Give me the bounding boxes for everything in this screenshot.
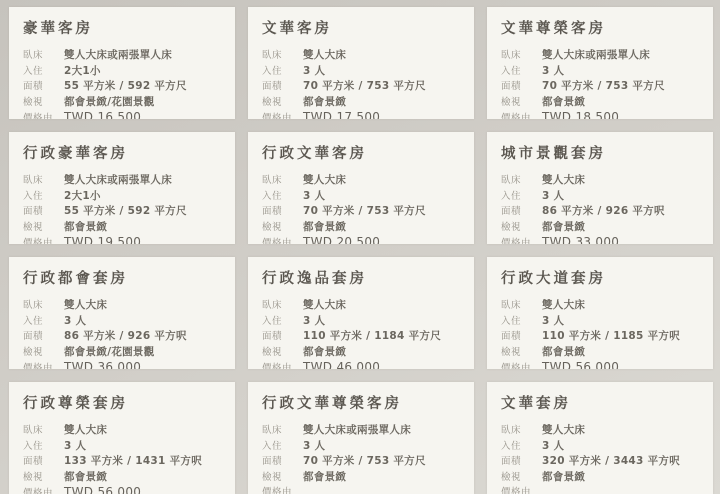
area-value: 320 平方米 / 3443 平方呎 [542, 454, 701, 470]
area-value: 55 平方米 / 592 平方尺 [64, 204, 223, 220]
area-label: 面積 [501, 204, 542, 220]
room-title: 行政文華客房 [262, 142, 462, 163]
view-row: 檢視 都會景緻 [501, 95, 701, 111]
area-label: 面積 [262, 204, 303, 220]
price-label: 價格由 [23, 111, 64, 119]
bed-value: 雙人大床或兩張單人床 [542, 48, 701, 64]
bed-value: 雙人大床 [64, 423, 223, 439]
view-label: 檢視 [262, 470, 303, 486]
occupancy-label: 入住 [23, 64, 64, 80]
area-label: 面積 [262, 79, 303, 95]
area-row: 面積 55 平方米 / 592 平方尺 [23, 204, 223, 220]
room-card[interactable]: 行政尊榮套房 臥床 雙人大床 入住 3 人 面積 133 平方米 / 1431 … [9, 382, 235, 494]
room-card[interactable]: 行政豪華客房 臥床 雙人大床或兩張單人床 入住 2大1小 面積 55 平方米 /… [9, 132, 235, 244]
price-row: 價格由 [262, 485, 462, 494]
view-row: 檢視 都會景緻/花園景觀 [23, 95, 223, 111]
price-row: 價格由 TWD 20,500 [262, 235, 462, 244]
occupancy-label: 入住 [501, 189, 542, 205]
bed-label: 臥床 [23, 173, 64, 189]
occupancy-label: 入住 [262, 189, 303, 205]
view-label: 檢視 [262, 95, 303, 111]
room-card[interactable]: 行政文華客房 臥床 雙人大床 入住 3 人 面積 70 平方米 / 753 平方… [248, 132, 474, 244]
room-card[interactable]: 文華套房 臥床 雙人大床 入住 3 人 面積 320 平方米 / 3443 平方… [487, 382, 713, 494]
bed-label: 臥床 [262, 423, 303, 439]
bed-value: 雙人大床 [303, 173, 462, 189]
view-label: 檢視 [501, 220, 542, 236]
occupancy-value: 3 人 [303, 314, 462, 330]
bed-label: 臥床 [501, 48, 542, 64]
occupancy-row: 入住 3 人 [501, 64, 701, 80]
occupancy-value: 3 人 [542, 189, 701, 205]
bed-value: 雙人大床 [542, 173, 701, 189]
price-value: TWD 33,000 [542, 235, 701, 244]
area-label: 面積 [23, 454, 64, 470]
view-row: 檢視 都會景緻/花園景觀 [23, 345, 223, 361]
price-label: 價格由 [262, 111, 303, 119]
price-value: TWD 19,500 [64, 235, 223, 244]
occupancy-row: 入住 3 人 [501, 189, 701, 205]
price-row: 價格由 TWD 16,500 [23, 110, 223, 119]
area-value: 86 平方米 / 926 平方呎 [64, 329, 223, 345]
view-label: 檢視 [262, 345, 303, 361]
view-value: 都會景緻 [542, 95, 701, 111]
view-label: 檢視 [501, 470, 542, 486]
bed-label: 臥床 [23, 298, 64, 314]
bed-value: 雙人大床 [303, 48, 462, 64]
price-label: 價格由 [262, 361, 303, 369]
area-value: 70 平方米 / 753 平方尺 [303, 204, 462, 220]
view-row: 檢視 都會景緻 [501, 470, 701, 486]
occupancy-value: 3 人 [64, 439, 223, 455]
occupancy-label: 入住 [501, 64, 542, 80]
room-title: 城市景觀套房 [501, 142, 701, 163]
view-value: 都會景緻/花園景觀 [64, 345, 223, 361]
occupancy-value: 3 人 [64, 314, 223, 330]
page-background: { "labels": { "bed": "臥床", "occupancy": … [0, 0, 720, 494]
bed-value: 雙人大床 [542, 423, 701, 439]
bed-label: 臥床 [501, 298, 542, 314]
view-value: 都會景緻 [303, 220, 462, 236]
occupancy-value: 3 人 [303, 64, 462, 80]
area-row: 面積 70 平方米 / 753 平方尺 [262, 454, 462, 470]
view-row: 檢視 都會景緻 [262, 470, 462, 486]
occupancy-row: 入住 3 人 [501, 314, 701, 330]
room-title: 行政都會套房 [23, 267, 223, 288]
view-label: 檢視 [23, 95, 64, 111]
room-title: 文華尊榮客房 [501, 17, 701, 38]
area-row: 面積 86 平方米 / 926 平方呎 [23, 329, 223, 345]
occupancy-label: 入住 [501, 439, 542, 455]
area-row: 面積 86 平方米 / 926 平方呎 [501, 204, 701, 220]
area-row: 面積 320 平方米 / 3443 平方呎 [501, 454, 701, 470]
room-card[interactable]: 行政逸品套房 臥床 雙人大床 入住 3 人 面積 110 平方米 / 1184 … [248, 257, 474, 369]
occupancy-label: 入住 [501, 314, 542, 330]
bed-row: 臥床 雙人大床或兩張單人床 [23, 173, 223, 189]
bed-row: 臥床 雙人大床 [501, 423, 701, 439]
price-value: TWD 20,500 [303, 235, 462, 244]
occupancy-value: 3 人 [303, 439, 462, 455]
area-label: 面積 [501, 454, 542, 470]
bed-row: 臥床 雙人大床 [501, 173, 701, 189]
area-row: 面積 110 平方米 / 1185 平方呎 [501, 329, 701, 345]
area-label: 面積 [23, 329, 64, 345]
price-row: 價格由 TWD 56,000 [501, 360, 701, 369]
price-label: 價格由 [262, 236, 303, 244]
bed-row: 臥床 雙人大床 [262, 173, 462, 189]
view-row: 檢視 都會景緻 [262, 345, 462, 361]
price-row: 價格由 TWD 19,500 [23, 235, 223, 244]
area-row: 面積 70 平方米 / 753 平方尺 [262, 79, 462, 95]
bed-row: 臥床 雙人大床 [262, 298, 462, 314]
area-label: 面積 [501, 79, 542, 95]
price-value: TWD 56,000 [542, 360, 701, 369]
room-title: 豪華客房 [23, 17, 223, 38]
occupancy-row: 入住 3 人 [262, 189, 462, 205]
price-value: TWD 36,000 [64, 360, 223, 369]
occupancy-row: 入住 3 人 [262, 314, 462, 330]
bed-value: 雙人大床 [303, 298, 462, 314]
area-label: 面積 [23, 79, 64, 95]
price-value: TWD 56,000 [64, 485, 223, 494]
room-card[interactable]: 城市景觀套房 臥床 雙人大床 入住 3 人 面積 86 平方米 / 926 平方… [487, 132, 713, 244]
area-label: 面積 [262, 454, 303, 470]
price-row: 價格由 TWD 56,000 [23, 485, 223, 494]
area-value: 133 平方米 / 1431 平方呎 [64, 454, 223, 470]
price-row: 價格由 [501, 485, 701, 494]
occupancy-label: 入住 [262, 439, 303, 455]
room-card[interactable]: 行政文華尊榮客房 臥床 雙人大床或兩張單人床 入住 3 人 面積 70 平方米 … [248, 382, 474, 494]
view-value: 都會景緻/花園景觀 [64, 95, 223, 111]
room-title: 文華客房 [262, 17, 462, 38]
occupancy-value: 2大1小 [64, 64, 223, 80]
room-card[interactable]: 行政大道套房 臥床 雙人大床 入住 3 人 面積 110 平方米 / 1185 … [487, 257, 713, 369]
bed-value: 雙人大床或兩張單人床 [64, 173, 223, 189]
bed-row: 臥床 雙人大床或兩張單人床 [262, 423, 462, 439]
bed-row: 臥床 雙人大床 [23, 423, 223, 439]
occupancy-value: 3 人 [303, 189, 462, 205]
view-label: 檢視 [23, 345, 64, 361]
view-row: 檢視 都會景緻 [262, 95, 462, 111]
view-label: 檢視 [23, 470, 64, 486]
bed-label: 臥床 [262, 298, 303, 314]
price-label: 價格由 [501, 361, 542, 369]
area-label: 面積 [262, 329, 303, 345]
view-value: 都會景緻 [64, 220, 223, 236]
occupancy-value: 3 人 [542, 439, 701, 455]
view-row: 檢視 都會景緻 [23, 220, 223, 236]
area-value: 110 平方米 / 1185 平方呎 [542, 329, 701, 345]
area-row: 面積 55 平方米 / 592 平方尺 [23, 79, 223, 95]
room-card[interactable]: 文華客房 臥床 雙人大床 入住 3 人 面積 70 平方米 / 753 平方尺 … [248, 7, 474, 119]
area-row: 面積 110 平方米 / 1184 平方尺 [262, 329, 462, 345]
bed-value: 雙人大床 [542, 298, 701, 314]
occupancy-row: 入住 3 人 [23, 314, 223, 330]
price-row: 價格由 TWD 18,500 [501, 110, 701, 119]
bed-label: 臥床 [262, 173, 303, 189]
price-row: 價格由 TWD 36,000 [23, 360, 223, 369]
view-label: 檢視 [501, 345, 542, 361]
view-value: 都會景緻 [542, 470, 701, 486]
bed-row: 臥床 雙人大床 [501, 298, 701, 314]
price-value: TWD 46,000 [303, 360, 462, 369]
bed-row: 臥床 雙人大床 [23, 298, 223, 314]
price-label: 價格由 [501, 236, 542, 244]
bed-row: 臥床 雙人大床或兩張單人床 [23, 48, 223, 64]
occupancy-row: 入住 2大1小 [23, 64, 223, 80]
area-label: 面積 [23, 204, 64, 220]
occupancy-row: 入住 3 人 [23, 439, 223, 455]
bed-label: 臥床 [23, 423, 64, 439]
price-row: 價格由 TWD 33,000 [501, 235, 701, 244]
view-value: 都會景緻 [64, 470, 223, 486]
view-value: 都會景緻 [542, 220, 701, 236]
price-row: 價格由 TWD 46,000 [262, 360, 462, 369]
bed-label: 臥床 [262, 48, 303, 64]
view-label: 檢視 [262, 220, 303, 236]
occupancy-label: 入住 [262, 314, 303, 330]
price-label: 價格由 [23, 236, 64, 244]
occupancy-row: 入住 3 人 [262, 439, 462, 455]
occupancy-row: 入住 2大1小 [23, 189, 223, 205]
area-value: 55 平方米 / 592 平方尺 [64, 79, 223, 95]
price-value: TWD 16,500 [64, 110, 223, 119]
occupancy-value: 2大1小 [64, 189, 223, 205]
view-value: 都會景緻 [303, 95, 462, 111]
area-row: 面積 133 平方米 / 1431 平方呎 [23, 454, 223, 470]
occupancy-row: 入住 3 人 [262, 64, 462, 80]
view-label: 檢視 [23, 220, 64, 236]
view-value: 都會景緻 [303, 470, 462, 486]
room-card[interactable]: 文華尊榮客房 臥床 雙人大床或兩張單人床 入住 3 人 面積 70 平方米 / … [487, 7, 713, 119]
area-row: 面積 70 平方米 / 753 平方尺 [501, 79, 701, 95]
area-value: 70 平方米 / 753 平方尺 [303, 454, 462, 470]
bed-label: 臥床 [501, 423, 542, 439]
area-row: 面積 70 平方米 / 753 平方尺 [262, 204, 462, 220]
room-card[interactable]: 行政都會套房 臥床 雙人大床 入住 3 人 面積 86 平方米 / 926 平方… [9, 257, 235, 369]
price-row: 價格由 TWD 17,500 [262, 110, 462, 119]
price-label: 價格由 [23, 486, 64, 494]
occupancy-value: 3 人 [542, 64, 701, 80]
bed-value: 雙人大床 [64, 298, 223, 314]
room-title: 行政大道套房 [501, 267, 701, 288]
occupancy-row: 入住 3 人 [501, 439, 701, 455]
view-row: 檢視 都會景緻 [501, 220, 701, 236]
area-value: 70 平方米 / 753 平方尺 [303, 79, 462, 95]
view-value: 都會景緻 [303, 345, 462, 361]
view-label: 檢視 [501, 95, 542, 111]
area-label: 面積 [501, 329, 542, 345]
price-value: TWD 17,500 [303, 110, 462, 119]
room-title: 行政豪華客房 [23, 142, 223, 163]
price-label: 價格由 [501, 111, 542, 119]
area-value: 70 平方米 / 753 平方尺 [542, 79, 701, 95]
room-title: 行政逸品套房 [262, 267, 462, 288]
bed-label: 臥床 [23, 48, 64, 64]
room-title: 行政文華尊榮客房 [262, 392, 462, 413]
occupancy-label: 入住 [23, 439, 64, 455]
bed-label: 臥床 [501, 173, 542, 189]
view-row: 檢視 都會景緻 [23, 470, 223, 486]
price-value: TWD 18,500 [542, 110, 701, 119]
price-label: 價格由 [262, 485, 303, 494]
bed-row: 臥床 雙人大床或兩張單人床 [501, 48, 701, 64]
room-title: 行政尊榮套房 [23, 392, 223, 413]
area-value: 86 平方米 / 926 平方呎 [542, 204, 701, 220]
room-title: 文華套房 [501, 392, 701, 413]
rooms-grid: 豪華客房 臥床 雙人大床或兩張單人床 入住 2大1小 面積 55 平方米 / 5… [0, 0, 720, 494]
room-card[interactable]: 豪華客房 臥床 雙人大床或兩張單人床 入住 2大1小 面積 55 平方米 / 5… [9, 7, 235, 119]
area-value: 110 平方米 / 1184 平方尺 [303, 329, 462, 345]
occupancy-label: 入住 [23, 189, 64, 205]
occupancy-label: 入住 [23, 314, 64, 330]
bed-value: 雙人大床或兩張單人床 [64, 48, 223, 64]
bed-row: 臥床 雙人大床 [262, 48, 462, 64]
view-row: 檢視 都會景緻 [262, 220, 462, 236]
bed-value: 雙人大床或兩張單人床 [303, 423, 462, 439]
occupancy-value: 3 人 [542, 314, 701, 330]
occupancy-label: 入住 [262, 64, 303, 80]
view-row: 檢視 都會景緻 [501, 345, 701, 361]
view-value: 都會景緻 [542, 345, 701, 361]
price-label: 價格由 [501, 485, 542, 494]
price-label: 價格由 [23, 361, 64, 369]
